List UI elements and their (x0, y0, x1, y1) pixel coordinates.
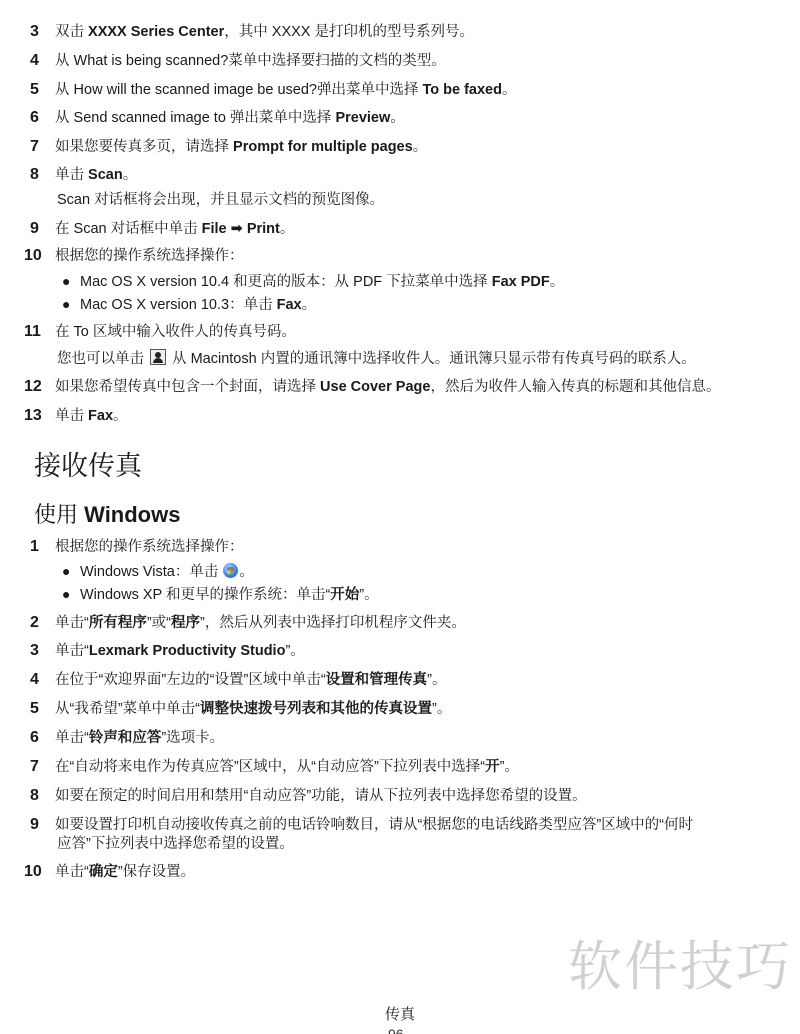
win-step-1: 1根据您的操作系统选择操作： (30, 537, 244, 557)
mac-step-3: 3双击 XXXX Series Center，其中 XXXX 是打印机的型号系列… (30, 22, 474, 42)
mac-step-11-note: 您也可以单击 从 Macintosh 内置的通讯簿中选择收件人。通讯簿只显示带有… (57, 349, 696, 369)
page-number: 96 (388, 1026, 404, 1034)
section-title: 接收传真 (34, 448, 142, 484)
windows-start-orb-icon[interactable] (223, 563, 238, 578)
bullet-icon: ● (62, 271, 80, 291)
mac-bullet-10-4: ●Mac OS X version 10.4 和更高的版本：从 PDF 下拉菜单… (62, 271, 564, 292)
contact-card-icon[interactable] (150, 349, 166, 365)
win-step-4: 4在位于“欢迎界面”左边的“设置”区域中单击“设置和管理传真”。 (30, 670, 447, 690)
mac-step-10: 10根据您的操作系统选择操作： (30, 246, 244, 266)
win-step-6: 6单击“铃声和应答”选项卡。 (30, 728, 224, 748)
win-step-9: 9如要设置打印机自动接收传真之前的电话铃响数目，请从“根据您的电话线路类型应答”… (30, 815, 693, 835)
mac-step-7: 7如果您要传真多页，请选择 Prompt for multiple pages。 (30, 137, 427, 157)
mac-bullet-10-3: ●Mac OS X version 10.3：单击 Fax。 (62, 294, 316, 315)
mac-step-8: 8单击 Scan。 (30, 165, 137, 185)
mac-step-4: 4从 What is being scanned?菜单中选择要扫描的文档的类型。 (30, 51, 446, 71)
win-bullet-vista: ●Windows Vista：单击 。 (62, 561, 254, 582)
win-step-5: 5从“我希望”菜单中单击“调整快速拨号列表和其他的传真设置”。 (30, 699, 451, 719)
bullet-icon: ● (62, 294, 80, 314)
bullet-icon: ● (62, 584, 80, 604)
win-step-2: 2单击“所有程序”或“程序”，然后从列表中选择打印机程序文件夹。 (30, 613, 466, 633)
step-number: 3 (30, 22, 55, 42)
mac-step-5: 5从 How will the scanned image be used?弹出… (30, 80, 516, 100)
mac-step-8-note: Scan 对话框将会出现，并且显示文档的预览图像。 (57, 190, 384, 210)
win-step-8: 8如要在预定的时间启用和禁用“自动应答”功能，请从下拉列表中选择您希望的设置。 (30, 786, 587, 806)
bullet-icon: ● (62, 561, 80, 581)
win-step-9-cont: 应答”下拉列表中选择您希望的设置。 (57, 834, 294, 854)
win-step-10: 10单击“确定”保存设置。 (30, 862, 195, 882)
win-step-3: 3单击“Lexmark Productivity Studio”。 (30, 641, 305, 661)
mac-step-13: 13单击 Fax。 (30, 406, 128, 426)
watermark: 软件技巧 (568, 937, 792, 997)
mac-step-11: 11在 To 区域中输入收件人的传真号码。 (30, 322, 296, 342)
subsection-title: 使用 Windows (34, 500, 180, 530)
mac-step-9: 9在 Scan 对话框中单击 File ➡ Print。 (30, 219, 294, 239)
win-bullet-xp: ●Windows XP 和更早的操作系统：单击“开始”。 (62, 584, 379, 605)
mac-step-6: 6从 Send scanned image to 弹出菜单中选择 Preview… (30, 108, 405, 128)
mac-step-12: 12如果您希望传真中包含一个封面，请选择 Use Cover Page，然后为收… (30, 377, 720, 397)
win-step-7: 7在“自动将来电作为传真应答”区域中，从“自动应答”下拉列表中选择“开”。 (30, 757, 519, 777)
footer-label: 传真 (385, 1003, 415, 1024)
